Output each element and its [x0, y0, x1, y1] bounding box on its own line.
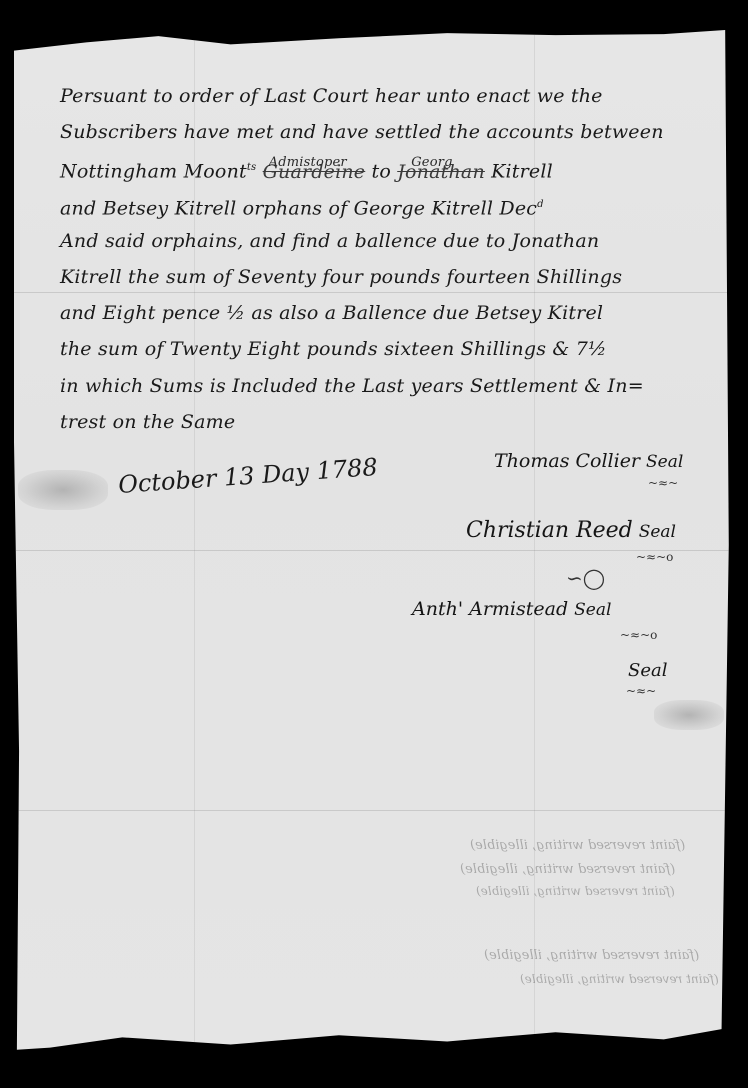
body-line: and Eight pence ½ as also a Ballence due…	[60, 295, 720, 331]
body-line: Persuant to order of Last Court hear unt…	[60, 78, 720, 114]
bleed-through-text: (faint reversed writing, illegible)	[484, 948, 699, 963]
signature-thomas-collier: Thomas CollierSeal	[494, 450, 683, 472]
body-line: Kitrell the sum of Seventy four pounds f…	[60, 259, 720, 295]
fold-line	[14, 810, 736, 811]
body-line: Nottingham Moontts Admistoper Guardeine …	[60, 150, 720, 186]
seal-label: Seal	[646, 452, 683, 472]
seal-label: Seal	[574, 600, 611, 620]
body-line: and Betsey Kitrell orphans of George Kit…	[60, 187, 720, 223]
seal-flourish-icon: ~≈~o	[620, 628, 657, 642]
signature-christian-reed: Christian ReedSeal	[466, 518, 676, 543]
body-line: the sum of Twenty Eight pounds sixteen S…	[60, 331, 720, 367]
ink-smudge	[654, 700, 724, 730]
seal-blank: Seal	[628, 660, 667, 681]
bleed-through-text: (faint reversed writing, illegible)	[460, 862, 675, 877]
body-line: in which Sums is Included the Last years…	[60, 368, 720, 404]
signature-flourish-icon: ∽◯	[566, 566, 605, 590]
bleed-through-text: (faint reversed writing, illegible)	[470, 838, 685, 853]
body-line: trest on the Same	[60, 404, 720, 440]
body-line: And said orphains, and find a ballence d…	[60, 223, 720, 259]
body-line: Subscribers have met and have settled th…	[60, 114, 720, 150]
fold-line	[14, 550, 736, 551]
bleed-through-text: (faint reversed writing, illegible)	[476, 884, 675, 898]
bleed-through-text: (faint reversed writing, illegible)	[520, 972, 719, 986]
seal-flourish-icon: ~≈~	[626, 684, 656, 698]
document-body: Persuant to order of Last Court hear unt…	[60, 78, 720, 440]
ink-smudge	[18, 470, 108, 510]
interlinear-correction: Georg	[411, 145, 452, 181]
seal-flourish-icon: ~≈~	[648, 476, 678, 490]
interlinear-correction: Admistoper	[269, 145, 347, 181]
seal-label: Seal	[639, 522, 676, 542]
signature-anth-armistead: Anth' ArmisteadSeal	[412, 598, 611, 620]
seal-flourish-icon: ~≈~o	[636, 550, 673, 564]
